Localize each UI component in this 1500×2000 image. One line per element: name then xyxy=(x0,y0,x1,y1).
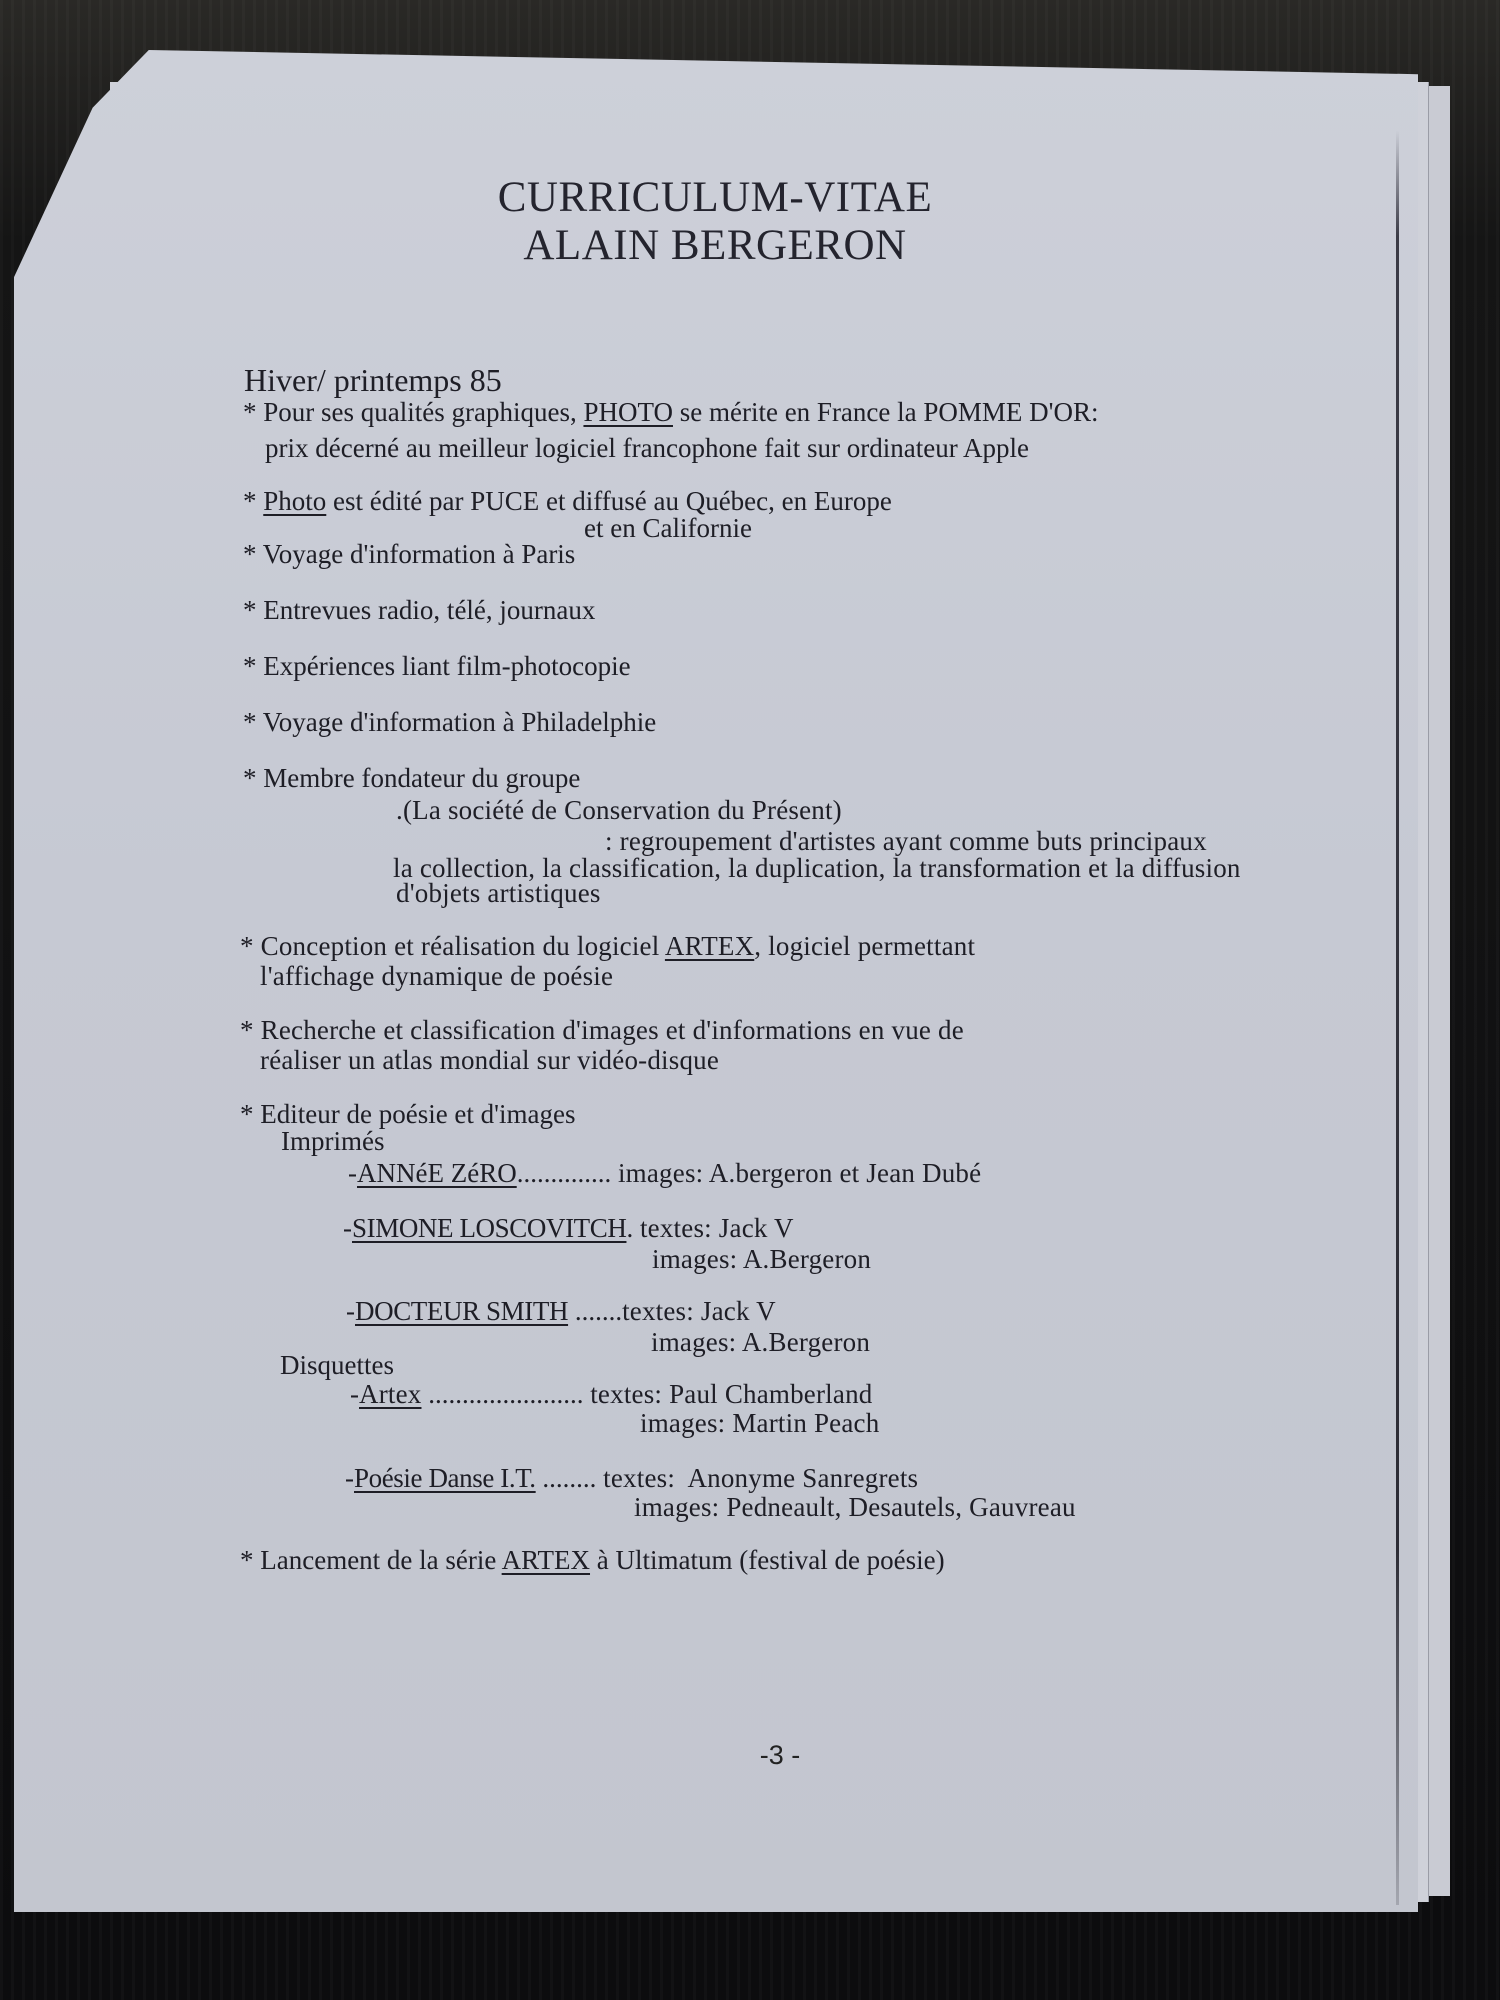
dot-leader: . xyxy=(626,1213,640,1243)
item-text: * Lancement de la série xyxy=(240,1545,502,1575)
disquette-title: Poésie Danse I.T. xyxy=(354,1463,536,1493)
disquette-poesie-danse: -Poésie Danse I.T. ........ textes: Anon… xyxy=(345,1462,918,1494)
item-voyage-philadelphie: * Voyage d'information à Philadelphie xyxy=(243,706,656,738)
item-text: , logiciel permettant xyxy=(754,931,975,961)
dot-leader: .............. xyxy=(517,1158,618,1188)
page-number: -3 - xyxy=(740,1740,820,1771)
publication-annee-zero: -ANNéE ZéRO.............. images: A.berg… xyxy=(348,1157,981,1189)
publication-credit: textes: Jack V xyxy=(622,1296,776,1326)
item-photo-edite-line2: et en Californie xyxy=(584,512,752,544)
publication-credit-images: images: A.Bergeron xyxy=(651,1326,870,1358)
section-heading: Hiver/ printemps 85 xyxy=(244,362,502,398)
software-name-artex: ARTEX xyxy=(665,931,754,961)
item-recherche-line2: réaliser un atlas mondial sur vidéo-disq… xyxy=(260,1044,719,1076)
item-pomme-dor: * Pour ses qualités graphiques, PHOTO se… xyxy=(243,396,1099,428)
publication-title: SIMONE LOSCOVITCH xyxy=(352,1213,626,1243)
disquette-artex: -Artex ....................... textes: P… xyxy=(350,1378,872,1410)
publication-title: ANNéE ZéRO xyxy=(357,1158,517,1188)
publication-title: DOCTEUR SMITH xyxy=(355,1296,568,1326)
item-membre-group-name: .(La société de Conservation du Présent) xyxy=(396,794,842,826)
item-text: se mérite en France la POMME D'OR: xyxy=(673,397,1099,427)
subheading-imprimes: Imprimés xyxy=(281,1125,384,1157)
dot-leader: ........ xyxy=(536,1463,604,1493)
item-entrevues: * Entrevues radio, télé, journaux xyxy=(243,594,595,626)
item-voyage-paris: * Voyage d'information à Paris xyxy=(243,538,575,570)
publication-simone-loscovitch: -SIMONE LOSCOVITCH. textes: Jack V xyxy=(343,1212,794,1244)
disquette-credit-images: images: Martin Peach xyxy=(640,1407,879,1439)
item-conception-line2: l'affichage dynamique de poésie xyxy=(260,960,613,992)
item-text: * xyxy=(243,486,263,516)
item-text: à Ultimatum (festival de poésie) xyxy=(590,1545,945,1575)
publication-credit: images: A.bergeron et Jean Dubé xyxy=(618,1158,981,1188)
software-name-photo: PHOTO xyxy=(583,397,673,427)
software-name-photo: Photo xyxy=(263,486,326,516)
dot-leader: ....................... xyxy=(421,1379,590,1409)
item-text: * Conception et réalisation du logiciel xyxy=(240,931,665,961)
disquette-credit: textes: Anonyme Sanregrets xyxy=(603,1463,918,1493)
item-recherche: * Recherche et classification d'images e… xyxy=(240,1014,964,1046)
item-lancement-artex: * Lancement de la série ARTEX à Ultimatu… xyxy=(240,1544,945,1576)
disquette-credit: textes: Paul Chamberland xyxy=(590,1379,872,1409)
disquette-credit-images: images: Pedneault, Desautels, Gauvreau xyxy=(634,1491,1076,1523)
cv-page: CURRICULUM-VITAE ALAIN BERGERON Hiver/ p… xyxy=(0,0,1500,2000)
item-text: * Pour ses qualités graphiques, xyxy=(243,397,583,427)
item-conception-artex: * Conception et réalisation du logiciel … xyxy=(240,930,975,962)
item-membre-description-line3: d'objets artistiques xyxy=(396,877,601,909)
item-photo-edite: * Photo est édité par PUCE et diffusé au… xyxy=(243,485,892,517)
disquette-title: Artex xyxy=(359,1379,421,1409)
cv-name: ALAIN BERGERON xyxy=(460,220,970,272)
publication-credit-images: images: A.Bergeron xyxy=(652,1243,871,1275)
cv-title: CURRICULUM-VITAE xyxy=(460,172,970,224)
publication-credit: textes: Jack V xyxy=(640,1213,794,1243)
subheading-disquettes: Disquettes xyxy=(280,1349,394,1381)
software-name-artex: ARTEX xyxy=(502,1545,590,1575)
item-experiences: * Expériences liant film-photocopie xyxy=(243,650,631,682)
dot-leader: ....... xyxy=(568,1296,622,1326)
publication-docteur-smith: -DOCTEUR SMITH .......textes: Jack V xyxy=(346,1295,776,1327)
item-pomme-dor-line2: prix décerné au meilleur logiciel franco… xyxy=(265,432,1029,464)
item-membre-fondateur: * Membre fondateur du groupe xyxy=(243,762,580,794)
